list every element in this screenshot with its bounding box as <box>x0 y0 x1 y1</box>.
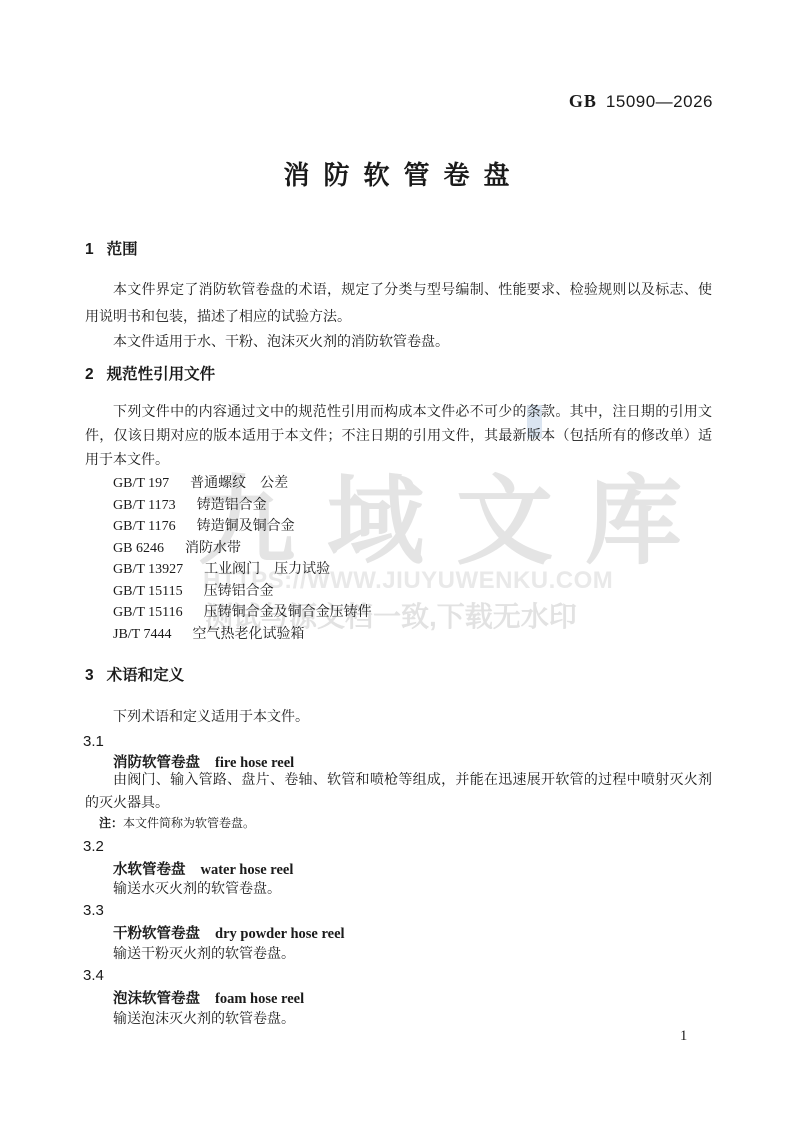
reference-title: 压铸铜合金及铜合金压铸件 <box>204 605 372 620</box>
section-heading-scope: 1范围 <box>85 241 138 258</box>
reference-code: GB/T 1173 <box>113 498 176 513</box>
term-entry-3-2: 水软管卷盘water hose reel <box>113 861 293 879</box>
reference-item: GB/T 1173铸造铝合金 <box>113 495 693 517</box>
reference-title: 普通螺纹 公差 <box>190 476 288 491</box>
reference-item: GB/T 197普通螺纹 公差 <box>113 473 693 495</box>
reference-item: GB/T 15116压铸铜合金及铜合金压铸件 <box>113 602 693 624</box>
reference-code: GB/T 15116 <box>113 605 183 620</box>
section-heading-normative-references: 2规范性引用文件 <box>85 366 215 383</box>
standard-document-page: 九域文库 HTTPS://WWW.JIUYUWENKU.COM 测试与源文档一致… <box>0 0 793 1122</box>
term-en: water hose reel <box>201 862 294 878</box>
reference-item: GB/T 15115压铸铝合金 <box>113 581 693 603</box>
reference-title: 压铸铝合金 <box>204 584 274 599</box>
term-zh: 干粉软管卷盘 <box>113 926 200 942</box>
normative-references-list: GB/T 197普通螺纹 公差 GB/T 1173铸造铝合金 GB/T 1176… <box>113 473 693 645</box>
reference-item: GB 6246消防水带 <box>113 538 693 560</box>
term-zh: 泡沫软管卷盘 <box>113 991 200 1007</box>
note-text: 本文件简称为软管卷盘。 <box>123 816 255 830</box>
section-heading-label: 范围 <box>107 241 138 258</box>
reference-code: JB/T 7444 <box>113 627 171 642</box>
term-en: foam hose reel <box>215 991 304 1007</box>
terms-intro: 下列术语和定义适用于本文件。 <box>85 706 712 730</box>
clause-number-3-4: 3.4 <box>83 968 104 985</box>
term-note-3-1: 注：本文件简称为软管卷盘。 <box>99 816 255 830</box>
section-heading-label: 术语和定义 <box>107 667 185 684</box>
note-label: 注： <box>99 816 123 830</box>
section-number: 1 <box>85 241 94 258</box>
term-en: dry powder hose reel <box>215 926 345 942</box>
term-definition-3-1: 由阀门、输入管路、盘片、卷轴、软管和喷枪等组成，并能在迅速展开软管的过程中喷射灭… <box>85 770 712 815</box>
clause-number-3-1: 3.1 <box>83 734 104 751</box>
document-content: GB15090—2026 消防软管卷盘 1范围 本文件界定了消防软管卷盘的术语，… <box>0 0 793 1122</box>
reference-code: GB/T 15115 <box>113 584 183 599</box>
term-zh: 消防软管卷盘 <box>113 755 200 771</box>
scope-paragraph-2: 本文件适用于水、干粉、泡沫灭火剂的消防软管卷盘。 <box>85 331 712 355</box>
term-definition-3-2: 输送水灭火剂的软管卷盘。 <box>85 879 712 902</box>
reference-title: 工业阀门 压力试验 <box>204 562 330 577</box>
term-definition-3-4: 输送泡沫灭火剂的软管卷盘。 <box>85 1009 712 1032</box>
term-entry-3-4: 泡沫软管卷盘foam hose reel <box>113 990 304 1008</box>
section-number: 2 <box>85 366 94 383</box>
page-title: 消防软管卷盘 <box>0 161 793 190</box>
reference-title: 消防水带 <box>185 541 241 556</box>
term-en: fire hose reel <box>215 755 294 771</box>
reference-item: JB/T 7444空气热老化试验箱 <box>113 624 693 646</box>
reference-code: GB/T 1176 <box>113 519 176 534</box>
reference-code: GB/T 13927 <box>113 562 183 577</box>
reference-title: 空气热老化试验箱 <box>192 627 304 642</box>
reference-title: 铸造铝合金 <box>197 498 267 513</box>
page-number: 1 <box>680 1029 687 1045</box>
reference-title: 铸造铜及铜合金 <box>197 519 295 534</box>
standard-code: GB15090—2026 <box>569 91 713 112</box>
term-entry-3-3: 干粉软管卷盘dry powder hose reel <box>113 925 345 943</box>
standard-code-prefix: GB <box>569 91 597 111</box>
term-zh: 水软管卷盘 <box>113 862 186 878</box>
standard-code-number: 15090—2026 <box>606 92 713 111</box>
clause-number-3-2: 3.2 <box>83 839 104 856</box>
section-number: 3 <box>85 667 94 684</box>
scope-paragraph-1: 本文件界定了消防软管卷盘的术语，规定了分类与型号编制、性能要求、检验规则以及标志… <box>85 277 712 331</box>
reference-item: GB/T 13927工业阀门 压力试验 <box>113 559 693 581</box>
reference-code: GB/T 197 <box>113 476 169 491</box>
reference-item: GB/T 1176铸造铜及铜合金 <box>113 516 693 538</box>
normative-references-intro: 下列文件中的内容通过文中的规范性引用而构成本文件必不可少的条款。其中，注日期的引… <box>85 401 712 473</box>
reference-code: GB 6246 <box>113 541 164 556</box>
section-heading-terms: 3术语和定义 <box>85 667 184 684</box>
clause-number-3-3: 3.3 <box>83 903 104 920</box>
term-definition-3-3: 输送干粉灭火剂的软管卷盘。 <box>85 944 712 967</box>
section-heading-label: 规范性引用文件 <box>107 366 216 383</box>
